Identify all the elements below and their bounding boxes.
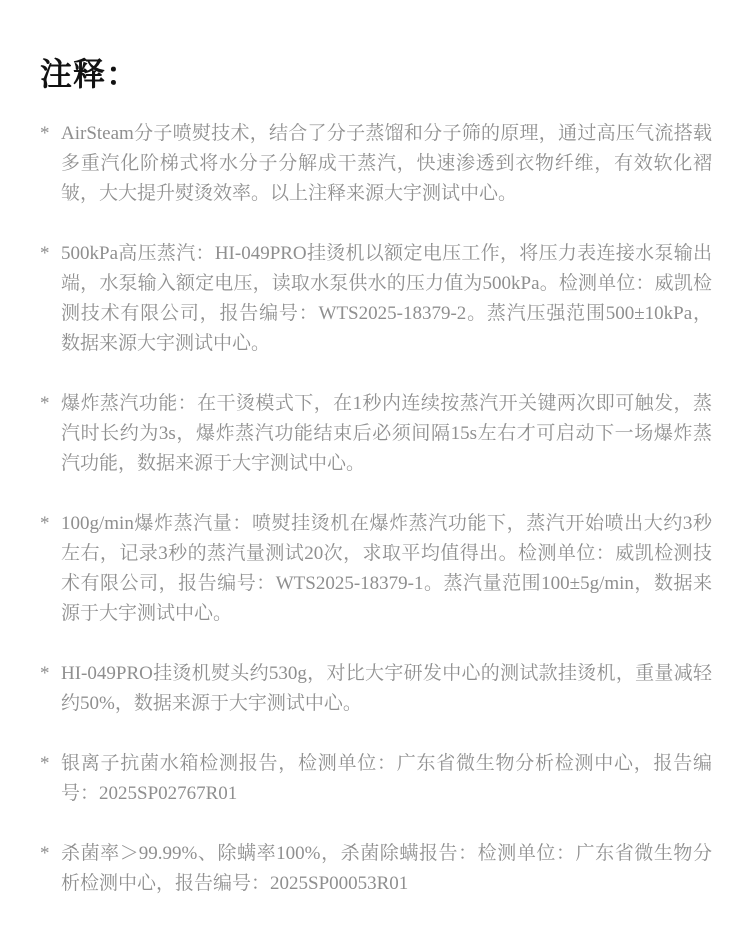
asterisk-marker: * [40, 659, 61, 719]
note-item: * 银离子抗菌水箱检测报告，检测单位：广东省微生物分析检测中心，报告编号：202… [40, 749, 712, 809]
note-text: HI-049PRO挂烫机熨头约530g，对比大宇研发中心的测试款挂烫机，重量减轻… [61, 659, 712, 719]
notes-page: 注释： * AirSteam分子喷熨技术，结合了分子蒸馏和分子筛的原理，通过高压… [0, 0, 750, 936]
note-item: * 杀菌率＞99.99%、除螨率100%，杀菌除螨报告：检测单位：广东省微生物分… [40, 839, 712, 899]
note-text: 杀菌率＞99.99%、除螨率100%，杀菌除螨报告：检测单位：广东省微生物分析检… [61, 839, 712, 899]
asterisk-marker: * [40, 239, 61, 359]
asterisk-marker: * [40, 389, 61, 479]
note-item: * AirSteam分子喷熨技术，结合了分子蒸馏和分子筛的原理，通过高压气流搭载… [40, 119, 712, 209]
note-text: 爆炸蒸汽功能：在干烫模式下，在1秒内连续按蒸汽开关键两次即可触发，蒸汽时长约为3… [61, 389, 712, 479]
asterisk-marker: * [40, 119, 61, 209]
asterisk-marker: * [40, 839, 61, 899]
note-text: 500kPa高压蒸汽：HI-049PRO挂烫机以额定电压工作，将压力表连接水泵输… [61, 239, 712, 359]
note-text: 银离子抗菌水箱检测报告，检测单位：广东省微生物分析检测中心，报告编号：2025S… [61, 749, 712, 809]
asterisk-marker: * [40, 509, 61, 629]
note-text: AirSteam分子喷熨技术，结合了分子蒸馏和分子筛的原理，通过高压气流搭载多重… [61, 119, 712, 209]
note-item: * 500kPa高压蒸汽：HI-049PRO挂烫机以额定电压工作，将压力表连接水… [40, 239, 712, 359]
note-item: * 爆炸蒸汽功能：在干烫模式下，在1秒内连续按蒸汽开关键两次即可触发，蒸汽时长约… [40, 389, 712, 479]
note-item: * HI-049PRO挂烫机熨头约530g，对比大宇研发中心的测试款挂烫机，重量… [40, 659, 712, 719]
page-title: 注释： [40, 55, 712, 93]
note-text: 100g/min爆炸蒸汽量：喷熨挂烫机在爆炸蒸汽功能下，蒸汽开始喷出大约3秒左右… [61, 509, 712, 629]
asterisk-marker: * [40, 749, 61, 809]
note-item: * 100g/min爆炸蒸汽量：喷熨挂烫机在爆炸蒸汽功能下，蒸汽开始喷出大约3秒… [40, 509, 712, 629]
